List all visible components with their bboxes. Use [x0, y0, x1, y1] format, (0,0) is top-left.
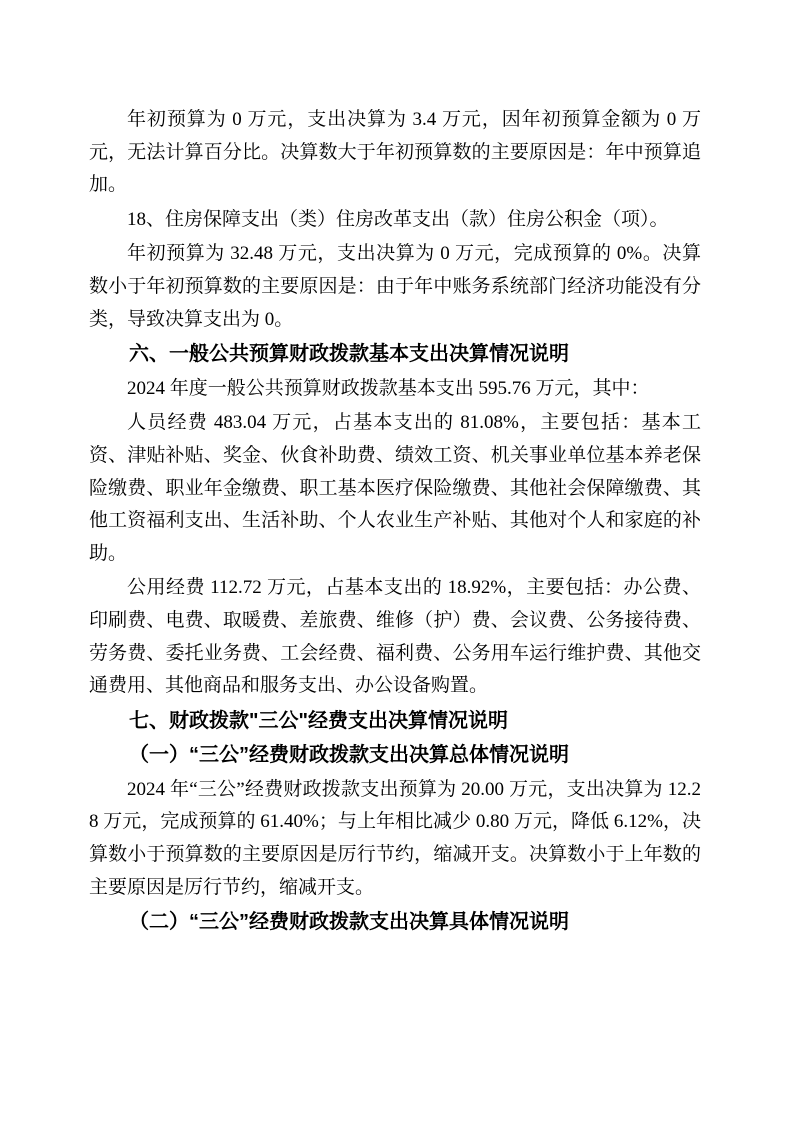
body-paragraph: 18、住房保障支出（类）住房改革支出（款）住房公积金（项）。 — [89, 204, 701, 237]
section-heading: （一）“三公”经费财政拨款支出决算总体情况说明 — [89, 739, 701, 772]
body-paragraph: 人员经费 483.04 万元，占基本支出的 81.08%，主要包括：基本工资、津… — [89, 407, 701, 570]
section-heading: 七、财政拨款"三公"经费支出决算情况说明 — [89, 705, 701, 738]
document-page: 年初预算为 0 万元，支出决算为 3.4 万元，因年初预算金额为 0 万元，无法… — [0, 0, 793, 1122]
body-paragraph: 年初预算为 0 万元，支出决算为 3.4 万元，因年初预算金额为 0 万元，无法… — [89, 104, 701, 202]
body-paragraph: 年初预算为 32.48 万元，支出决算为 0 万元，完成预算的 0%。决算数小于… — [89, 238, 701, 336]
body-paragraph: 2024 年度一般公共预算财政拨款基本支出 595.76 万元，其中： — [89, 373, 701, 406]
section-heading: （二）“三公”经费财政拨款支出决算具体情况说明 — [89, 906, 701, 939]
body-paragraph: 公用经费 112.72 万元，占基本支出的 18.92%，主要包括：办公费、印刷… — [89, 572, 701, 702]
section-heading: 六、一般公共预算财政拨款基本支出决算情况说明 — [89, 338, 701, 371]
document-content: 年初预算为 0 万元，支出决算为 3.4 万元，因年初预算金额为 0 万元，无法… — [89, 104, 701, 939]
body-paragraph: 2024 年“三公”经费财政拨款支出预算为 20.00 万元，支出决算为 12.… — [89, 774, 701, 904]
